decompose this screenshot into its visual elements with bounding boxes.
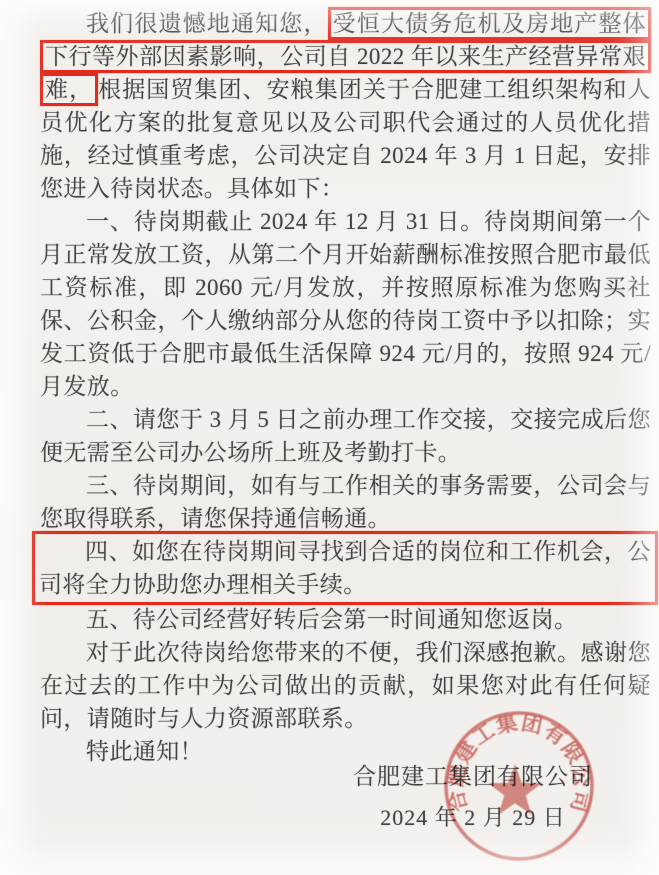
paragraph-item-4: 四、如您在待岗期间寻找到合适的岗位和工作机会，公司将全力协助您办理相关手续。	[32, 531, 658, 605]
paragraph-intro: 我们很遗憾地通知您，受恒大债务危机及房地产整体下行等外部因素影响，公司自 202…	[40, 7, 651, 205]
signature-block: 合肥建工集团有限公司 2024 年 2 月 29 日	[352, 758, 594, 832]
text-segment: 二、请您于 3 月 5 日之前办理工作交接，交接完成后您便无需至公司办公场所上班…	[40, 407, 651, 465]
scanned-notice-page: 我们很遗憾地通知您，受恒大债务危机及房地产整体下行等外部因素影响，公司自 202…	[0, 0, 659, 875]
signature-date: 2024 年 2 月 29 日	[352, 801, 594, 832]
paragraph-closing: 对于此次待岗给您带来的不便，我们深感抱歉。感谢您在过去的工作中为公司做出的贡献，…	[40, 636, 651, 735]
text-segment: 我们很遗憾地通知您，	[86, 11, 328, 36]
signature-company: 合肥建工集团有限公司	[352, 758, 594, 791]
scan-artifact-ring	[281, 709, 292, 720]
text-segment: 四、如您在待岗期间寻找到合适的岗位和工作机会，公司将全力协助您办理相关手续。	[39, 539, 651, 597]
text-segment: 三、待岗期间，如有与工作相关的事务需要，公司会与您取得联系，请您保持通信畅通。	[40, 473, 651, 531]
text-segment: 一、待岗期截止 2024 年 12 月 31 日。待岗期间第一个月正常发放工资，…	[40, 209, 651, 399]
paragraph-item-1: 一、待岗期截止 2024 年 12 月 31 日。待岗期间第一个月正常发放工资，…	[40, 205, 651, 403]
text-segment: 五、待公司经营好转后会第一时间通知您返岗。	[86, 607, 577, 632]
text-segment: 根据国贸集团、安粮集团关于合肥建工组织架构和人员优化方案的批复意见以及公司职代会…	[40, 77, 651, 201]
text-segment: 对于此次待岗给您带来的不便，我们深感抱歉。感谢您在过去的工作中为公司做出的贡献，…	[40, 640, 651, 731]
paragraph-item-5: 五、待公司经营好转后会第一时间通知您返岗。	[40, 603, 651, 636]
paragraph-item-3: 三、待岗期间，如有与工作相关的事务需要，公司会与您取得联系，请您保持通信畅通。	[40, 469, 651, 535]
text-segment: 特此通知！	[86, 739, 203, 764]
notice-body: 我们很遗憾地通知您，受恒大债务危机及房地产整体下行等外部因素影响，公司自 202…	[0, 0, 659, 768]
paragraph-item-2: 二、请您于 3 月 5 日之前办理工作交接，交接完成后您便无需至公司办公场所上班…	[40, 403, 651, 469]
